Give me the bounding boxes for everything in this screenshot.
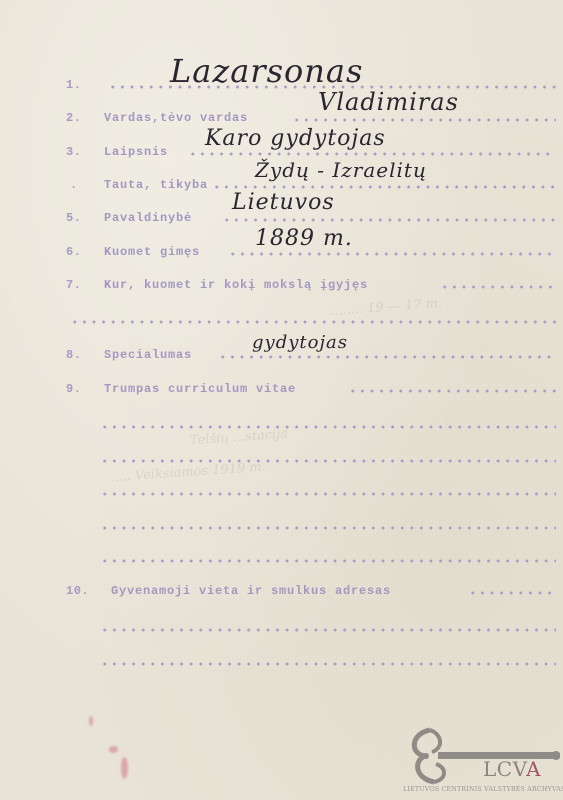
archive-logo-text: LCVA (483, 757, 541, 781)
fill-line (228, 252, 556, 256)
fill-line (212, 185, 556, 189)
fill-line (292, 118, 556, 122)
fill-line (100, 526, 556, 530)
field-label: Specialumas (104, 348, 192, 362)
scanned-document-page: ........ 19 — 17 m. Telšių ...stacija ..… (0, 0, 563, 800)
handwritten-nationality-religion: Žydų - Izraelitų (255, 158, 427, 182)
handwritten-first-name: Vladimiras (318, 88, 459, 116)
handwritten-citizenship: Lietuvos (232, 190, 335, 215)
bleed-through-text: ........ 19 — 17 m. (330, 296, 443, 319)
field-number: 10. (66, 584, 89, 598)
handwritten-rank: Karo gydytojas (205, 126, 386, 151)
fill-line (100, 662, 556, 666)
ink-stain (109, 746, 118, 753)
form-field-9: 9. Trumpas curriculum vitae (0, 382, 563, 402)
fill-line (100, 628, 556, 632)
field-number: 8. (66, 348, 81, 362)
field-number: 2. (66, 111, 81, 125)
logo-accent-letter: A (526, 757, 541, 781)
field-label: Vardas,tėvo vardas (104, 111, 248, 125)
handwritten-specialty: gydytojas (252, 332, 348, 353)
archive-caption: LIETUVOS CENTRINIS VALSTYBĖS ARCHYVAS (403, 786, 563, 793)
fill-line (100, 492, 556, 496)
fill-line (100, 559, 556, 563)
fill-line (70, 320, 556, 324)
fill-line (100, 425, 556, 429)
fill-line (188, 152, 556, 156)
logo-main-letters: LCV (483, 757, 526, 781)
fill-line (100, 459, 556, 463)
fill-line (222, 218, 556, 222)
field-number: 7. (66, 278, 81, 292)
field-number: 5. (66, 211, 81, 225)
form-field-7: 7. Kur, kuomet ir kokį mokslą įgyjęs (0, 278, 563, 298)
field-label: Kur, kuomet ir kokį mokslą įgyjęs (104, 278, 368, 292)
handwritten-surname: Lazarsonas (170, 52, 363, 90)
fill-line (468, 591, 556, 595)
field-number: 3. (66, 145, 81, 159)
fill-line (348, 389, 556, 393)
fill-line (218, 355, 556, 359)
ink-stain (121, 757, 128, 779)
form-field-10: 10. Gyvenamoji vieta ir smulkus adresas (0, 584, 563, 604)
bleed-through-text: ..... Veiksiamos 1919 m. (110, 460, 267, 486)
field-label: Trumpas curriculum vitae (104, 382, 296, 396)
ink-stain (89, 716, 93, 726)
field-label: Tauta, tikyba (104, 178, 208, 192)
bleed-through-text: Telšių ...stacija (190, 427, 289, 449)
fill-line (440, 285, 556, 289)
field-label: Kuomet gimęs (104, 245, 200, 259)
field-number: 6. (66, 245, 81, 259)
field-label: Gyvenamoji vieta ir smulkus adresas (111, 584, 391, 598)
field-number: 9. (66, 382, 81, 396)
handwritten-birth-year: 1889 m. (255, 226, 353, 251)
field-number: 1. (66, 78, 81, 92)
field-label: Laipsnis (104, 145, 168, 159)
field-number: . (70, 178, 78, 192)
field-label: Pavaldinybė (104, 211, 192, 225)
